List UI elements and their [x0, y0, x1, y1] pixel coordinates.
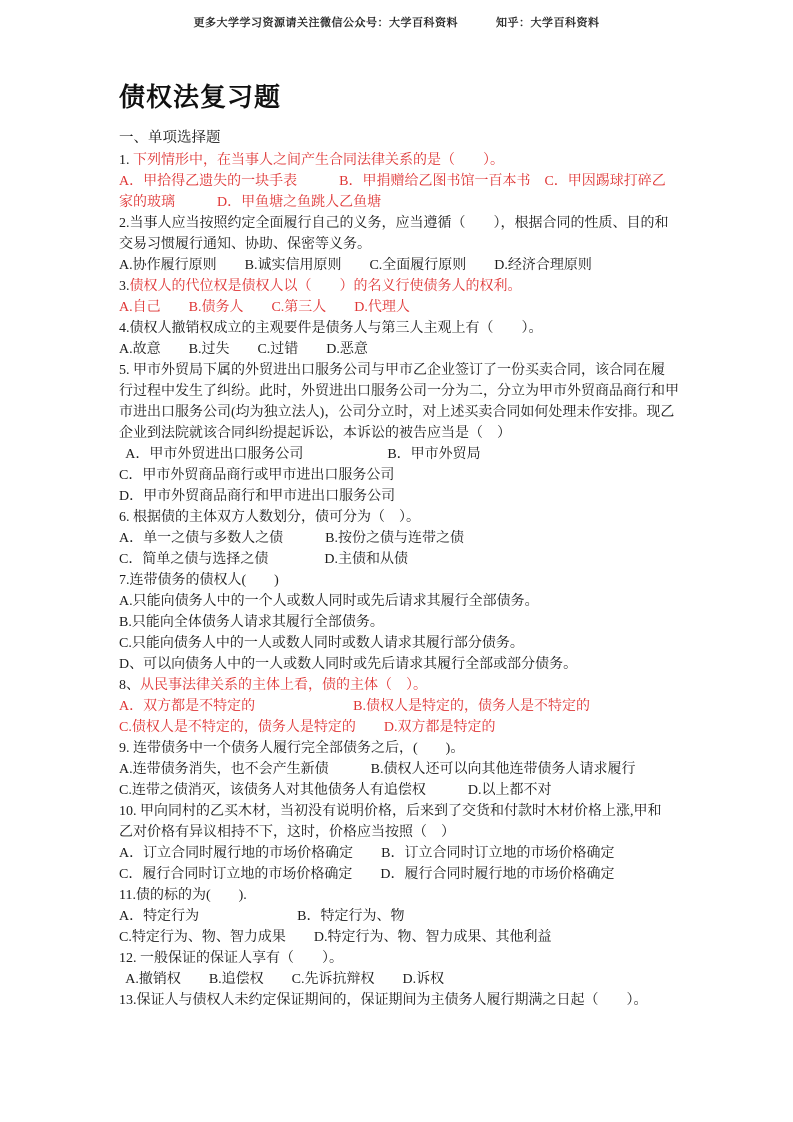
line-text: A.自己 B.债务人 C.第三人 D.代理人 [119, 300, 410, 315]
line-text: D．甲市外贸商品商行和甲市进出口服务公司 [119, 489, 395, 504]
document-body: 1. 下列情形中，在当事人之间产生合同法律关系的是（ ）。A．甲拾得乙遗失的一块… [119, 150, 739, 1011]
section-heading: 一、单项选择题 [119, 128, 221, 149]
document-line: 1. 下列情形中，在当事人之间产生合同法律关系的是（ ）。 [119, 150, 739, 171]
document-line: 交易习惯履行通知、协助、保密等义务。 [119, 234, 739, 255]
document-line: 9. 连带债务中一个债务人履行完全部债务之后，( )。 [119, 738, 739, 759]
line-text: 乙对价格有异议相持不下，这时，价格应当按照（ ） [119, 825, 455, 840]
line-text: 2.当事人应当按照约定全面履行自己的义务，应当遵循（ ），根据合同的性质、目的和 [119, 216, 669, 231]
line-text: A.只能向债务人中的一个人或数人同时或先后请求其履行全部债务。 [119, 594, 539, 609]
document-line: A.连带债务消失，也不会产生新债 B.债权人还可以向其他连带债务人请求履行 [119, 759, 739, 780]
line-text: C.只能向债务人中的一人或数人同时或数人请求其履行部分债务。 [119, 636, 524, 651]
document-line: C.只能向债务人中的一人或数人同时或数人请求其履行部分债务。 [119, 633, 739, 654]
line-text: 12. 一般保证的保证人享有（ ）。 [119, 951, 343, 966]
question-number: 1. [119, 153, 130, 168]
document-line: 13.保证人与债权人未约定保证期间的，保证期间为主债务人履行期满之日起（ ）。 [119, 990, 739, 1011]
header-promo-zhihu: 知乎：大学百科资料 [496, 14, 600, 30]
line-text: C．简单之债与选择之债 D.主债和从债 [119, 552, 408, 567]
document-line: 7.连带债务的债权人( ) [119, 570, 739, 591]
line-text: 5. 甲市外贸局下属的外贸进出口服务公司与甲市乙企业签订了一份买卖合同，该合同在… [119, 363, 665, 378]
line-text: 市进出口服务公司(均为独立法人)，公司分立时，对上述买卖合同如何处理未作安排。现… [119, 405, 674, 420]
document-title: 债权法复习题 [119, 80, 281, 116]
document-line: A．甲拾得乙遗失的一块手表 B．甲捐赠给乙图书馆一百本书 C．甲因踢球打碎乙 [119, 171, 739, 192]
document-line: 家的玻璃 D．甲鱼塘之鱼跳人乙鱼塘 [119, 192, 739, 213]
line-text: A.撤销权 B.追偿权 C.先诉抗辩权 D.诉权 [119, 972, 444, 987]
document-line: 8、从民事法律关系的主体上看，债的主体（ ）。 [119, 675, 739, 696]
line-text: 11.债的标的为( ). [119, 888, 247, 903]
line-text: 10. 甲向同村的乙买木材，当初没有说明价格，后来到了交货和付款时木材价格上涨,… [119, 804, 662, 819]
document-line: B.只能向全体债务人请求其履行全部债务。 [119, 612, 739, 633]
line-text: A．甲拾得乙遗失的一块手表 B．甲捐赠给乙图书馆一百本书 C．甲因踢球打碎乙 [119, 174, 666, 189]
document-line: 企业到法院就该合同纠纷提起诉讼，本诉讼的被告应当是（ ） [119, 423, 739, 444]
document-line: C．甲市外贸商品商行或甲市进出口服务公司 [119, 465, 739, 486]
document-line: D．甲市外贸商品商行和甲市进出口服务公司 [119, 486, 739, 507]
line-text: 企业到法院就该合同纠纷提起诉讼，本诉讼的被告应当是（ ） [119, 426, 511, 441]
line-text: 债权人的代位权是债权人以（ ）的名义行使债务人的权利。 [130, 279, 522, 294]
document-line: 行过程中发生了纠纷。此时，外贸进出口服务公司一分为二，分立为甲市外贸商品商行和甲 [119, 381, 739, 402]
document-line: C.债权人是不特定的，债务人是特定的 D.双方都是特定的 [119, 717, 739, 738]
document-line: A．订立合同时履行地的市场价格确定 B．订立合同时订立地的市场价格确定 [119, 843, 739, 864]
document-line: 4.债权人撤销权成立的主观要件是债务人与第三人主观上有（ ）。 [119, 318, 739, 339]
document-line: C.特定行为、物、智力成果 D.特定行为、物、智力成果、其他利益 [119, 927, 739, 948]
line-text: 下列情形中，在当事人之间产生合同法律关系的是（ ）。 [130, 153, 505, 168]
document-line: 3.债权人的代位权是债权人以（ ）的名义行使债务人的权利。 [119, 276, 739, 297]
line-text: A.连带债务消失，也不会产生新债 B.债权人还可以向其他连带债务人请求履行 [119, 762, 635, 777]
line-text: A．单一之债与多数人之债 B.按份之债与连带之债 [119, 531, 464, 546]
document-line: A．双方都是不特定的 B.债权人是特定的，债务人是不特定的 [119, 696, 739, 717]
line-text: A．双方都是不特定的 B.债权人是特定的，债务人是不特定的 [119, 699, 590, 714]
document-line: 6. 根据债的主体双方人数划分，债可分为（ ）。 [119, 507, 739, 528]
document-line: C.连带之债消灭，该债务人对其他债务人有追偿权 D.以上都不对 [119, 780, 739, 801]
document-line: 11.债的标的为( ). [119, 885, 739, 906]
line-text: 7.连带债务的债权人( ) [119, 573, 279, 588]
line-text: 交易习惯履行通知、协助、保密等义务。 [119, 237, 371, 252]
line-text: A．甲市外贸进出口服务公司 B．甲市外贸局 [119, 447, 481, 462]
document-line: A．单一之债与多数人之债 B.按份之债与连带之债 [119, 528, 739, 549]
document-line: 5. 甲市外贸局下属的外贸进出口服务公司与甲市乙企业签订了一份买卖合同，该合同在… [119, 360, 739, 381]
document-line: D、可以向债务人中的一人或数人同时或先后请求其履行全部或部分债务。 [119, 654, 739, 675]
document-line: C．简单之债与选择之债 D.主债和从债 [119, 549, 739, 570]
line-text: C.连带之债消灭，该债务人对其他债务人有追偿权 D.以上都不对 [119, 783, 551, 798]
question-number: 3. [119, 279, 130, 294]
line-text: 家的玻璃 D．甲鱼塘之鱼跳人乙鱼塘 [119, 195, 381, 210]
line-text: A.故意 B.过失 C.过错 D.恶意 [119, 342, 368, 357]
document-line: 12. 一般保证的保证人享有（ ）。 [119, 948, 739, 969]
line-text: A.协作履行原则 B.诚实信用原则 C.全面履行原则 D.经济合理原则 [119, 258, 592, 273]
line-text: C.债权人是不特定的，债务人是特定的 D.双方都是特定的 [119, 720, 495, 735]
document-page: 更多大学学习资源请关注微信公众号：大学百科资料 知乎：大学百科资料 债权法复习题… [0, 0, 793, 1122]
line-text: 从民事法律关系的主体上看，债的主体（ ）。 [140, 678, 427, 693]
line-text: B.只能向全体债务人请求其履行全部债务。 [119, 615, 384, 630]
question-number: 8、 [119, 678, 140, 693]
page-header: 更多大学学习资源请关注微信公众号：大学百科资料 知乎：大学百科资料 [0, 14, 793, 30]
line-text: C．履行合同时订立地的市场价格确定 D．履行合同时履行地的市场价格确定 [119, 867, 614, 882]
document-line: A.故意 B.过失 C.过错 D.恶意 [119, 339, 739, 360]
document-line: 市进出口服务公司(均为独立法人)，公司分立时，对上述买卖合同如何处理未作安排。现… [119, 402, 739, 423]
document-line: A．特定行为 B．特定行为、物 [119, 906, 739, 927]
line-text: A．订立合同时履行地的市场价格确定 B．订立合同时订立地的市场价格确定 [119, 846, 614, 861]
line-text: 13.保证人与债权人未约定保证期间的，保证期间为主债务人履行期满之日起（ ）。 [119, 993, 648, 1008]
line-text: 4.债权人撤销权成立的主观要件是债务人与第三人主观上有（ ）。 [119, 321, 543, 336]
line-text: D、可以向债务人中的一人或数人同时或先后请求其履行全部或部分债务。 [119, 657, 577, 672]
line-text: A．特定行为 B．特定行为、物 [119, 909, 404, 924]
document-line: 10. 甲向同村的乙买木材，当初没有说明价格，后来到了交货和付款时木材价格上涨,… [119, 801, 739, 822]
line-text: 6. 根据债的主体双方人数划分，债可分为（ ）。 [119, 510, 420, 525]
document-line: 2.当事人应当按照约定全面履行自己的义务，应当遵循（ ），根据合同的性质、目的和 [119, 213, 739, 234]
document-line: A.只能向债务人中的一个人或数人同时或先后请求其履行全部债务。 [119, 591, 739, 612]
line-text: C.特定行为、物、智力成果 D.特定行为、物、智力成果、其他利益 [119, 930, 551, 945]
line-text: C．甲市外贸商品商行或甲市进出口服务公司 [119, 468, 394, 483]
line-text: 9. 连带债务中一个债务人履行完全部债务之后，( )。 [119, 741, 464, 756]
document-line: A.撤销权 B.追偿权 C.先诉抗辩权 D.诉权 [119, 969, 739, 990]
document-line: A.自己 B.债务人 C.第三人 D.代理人 [119, 297, 739, 318]
document-line: C．履行合同时订立地的市场价格确定 D．履行合同时履行地的市场价格确定 [119, 864, 739, 885]
line-text: 行过程中发生了纠纷。此时，外贸进出口服务公司一分为二，分立为甲市外贸商品商行和甲 [119, 384, 679, 399]
document-line: 乙对价格有异议相持不下，这时，价格应当按照（ ） [119, 822, 739, 843]
document-line: A.协作履行原则 B.诚实信用原则 C.全面履行原则 D.经济合理原则 [119, 255, 739, 276]
header-promo-wechat: 更多大学学习资源请关注微信公众号：大学百科资料 [194, 14, 459, 30]
document-line: A．甲市外贸进出口服务公司 B．甲市外贸局 [119, 444, 739, 465]
